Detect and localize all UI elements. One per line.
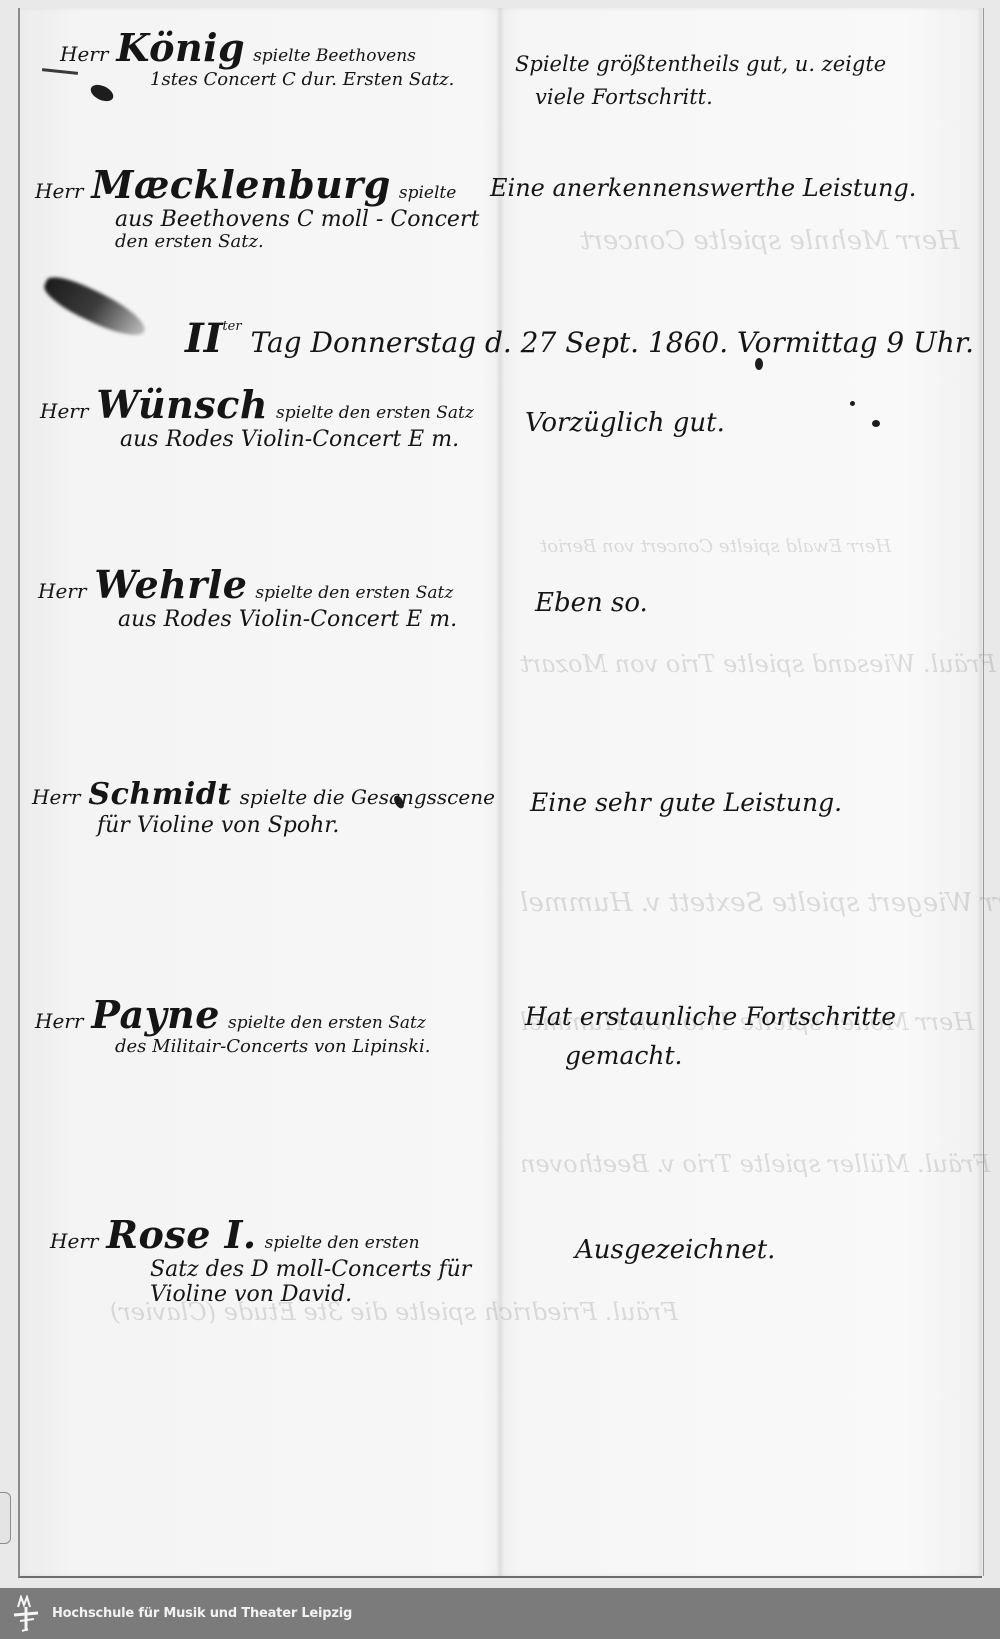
salutation: Herr xyxy=(60,42,108,66)
examiner-remark: Eben so. xyxy=(535,583,648,623)
bleed-through-text: Fräul. Wiesand spielte Trio von Mozart xyxy=(520,650,996,678)
hmt-logo-icon xyxy=(12,1595,40,1633)
performance-entry: HerrPaynespielte den ersten Satz des Mil… xyxy=(35,993,431,1057)
performance-entry: HerrMæcklenburgspielte aus Beethovens C … xyxy=(35,163,479,253)
examiner-remark: Hat erstaunliche Fortschritte gemacht. xyxy=(525,998,896,1076)
performer-name: Payne xyxy=(91,992,220,1037)
work-description: für Violine von Spohr. xyxy=(32,813,495,838)
salutation: Herr xyxy=(38,579,86,603)
manuscript-scan: Herr Mehnle spielte Concert Herr Ewald s… xyxy=(0,0,1000,1588)
work-description: Satz des D moll-Concerts für xyxy=(50,1257,471,1282)
bleed-through-text: Herr Ewald spielte Concert von Beriot xyxy=(540,536,891,557)
performance-entry: HerrWünschspielte den ersten Satz aus Ro… xyxy=(40,383,474,452)
examiner-remark: Ausgezeichnet. xyxy=(575,1230,775,1270)
bleed-through-text: Herr Mehnle spielte Concert xyxy=(580,226,960,256)
performer-name: Wehrle xyxy=(94,562,247,607)
performance-verb: spielte den ersten Satz xyxy=(255,583,453,603)
performer-name: König xyxy=(116,25,245,70)
salutation: Herr xyxy=(35,1009,83,1033)
salutation: Herr xyxy=(32,785,80,809)
day-heading: IIter Tag Donnerstag d. 27 Sept. 1860. V… xyxy=(185,315,974,362)
day-number-suffix: ter xyxy=(222,319,241,334)
work-description: aus Rodes Violin-Concert E m. xyxy=(40,427,474,452)
ink-dot xyxy=(850,401,855,406)
performance-verb: spielte den ersten Satz xyxy=(276,403,474,423)
performance-verb: spielte Beethovens xyxy=(253,46,416,66)
page-fold xyxy=(496,8,504,1576)
institution-name: Hochschule für Musik und Theater Leipzig xyxy=(52,1606,352,1621)
day-number: II xyxy=(185,315,222,362)
work-description: des Militair-Concerts von Lipinski. xyxy=(35,1037,431,1058)
manuscript-page: Herr Mehnle spielte Concert Herr Ewald s… xyxy=(18,8,982,1578)
work-description: aus Rodes Violin-Concert E m. xyxy=(38,607,457,632)
examiner-remark: Spielte größtentheils gut, u. zeigte vie… xyxy=(515,48,886,113)
examiner-remark: Vorzüglich gut. xyxy=(525,403,725,443)
performance-verb: spielte den ersten Satz xyxy=(228,1013,426,1033)
footer-bar: Hochschule für Musik und Theater Leipzig xyxy=(0,1588,1000,1639)
work-description: Violine von David. xyxy=(50,1282,471,1307)
performance-entry: HerrKönigspielte Beethovens 1stes Concer… xyxy=(60,26,454,90)
performer-name: Wünsch xyxy=(96,382,268,427)
performance-entry: HerrWehrlespielte den ersten Satz aus Ro… xyxy=(38,563,457,632)
examiner-remark: Eine anerkennenswerthe Leistung. xyxy=(490,170,916,207)
salutation: Herr xyxy=(35,179,83,203)
performance-verb: spielte xyxy=(399,183,456,203)
bleed-through-text: Fräul. Müller spielte Trio v. Beethoven xyxy=(520,1150,990,1178)
performance-entry: HerrSchmidtspielte die Gesangsscene für … xyxy=(32,778,495,838)
work-description: 1stes Concert C dur. Ersten Satz. xyxy=(60,70,454,91)
binding-tab xyxy=(0,1492,11,1544)
performer-name: Mæcklenburg xyxy=(91,162,390,207)
work-description: aus Beethovens C moll - Concert xyxy=(35,207,479,232)
performance-verb: spielte die Gesangsscene xyxy=(240,785,495,809)
day-heading-text: Tag Donnerstag d. 27 Sept. 1860. Vormitt… xyxy=(250,326,974,359)
performance-verb: spielte den ersten xyxy=(265,1233,420,1253)
performer-name: Rose I. xyxy=(106,1212,256,1257)
salutation: Herr xyxy=(40,399,88,423)
performer-name: Schmidt xyxy=(88,777,231,812)
salutation: Herr xyxy=(50,1229,98,1253)
work-description: den ersten Satz. xyxy=(35,232,479,253)
ink-smudge xyxy=(39,270,151,344)
ink-dot xyxy=(872,420,880,427)
performance-entry: HerrRose I.spielte den ersten Satz des D… xyxy=(50,1213,471,1307)
bleed-through-text: Herr Wiegert spielte Sextett v. Hummel xyxy=(520,888,1000,918)
examiner-remark: Eine sehr gute Leistung. xyxy=(530,784,842,823)
